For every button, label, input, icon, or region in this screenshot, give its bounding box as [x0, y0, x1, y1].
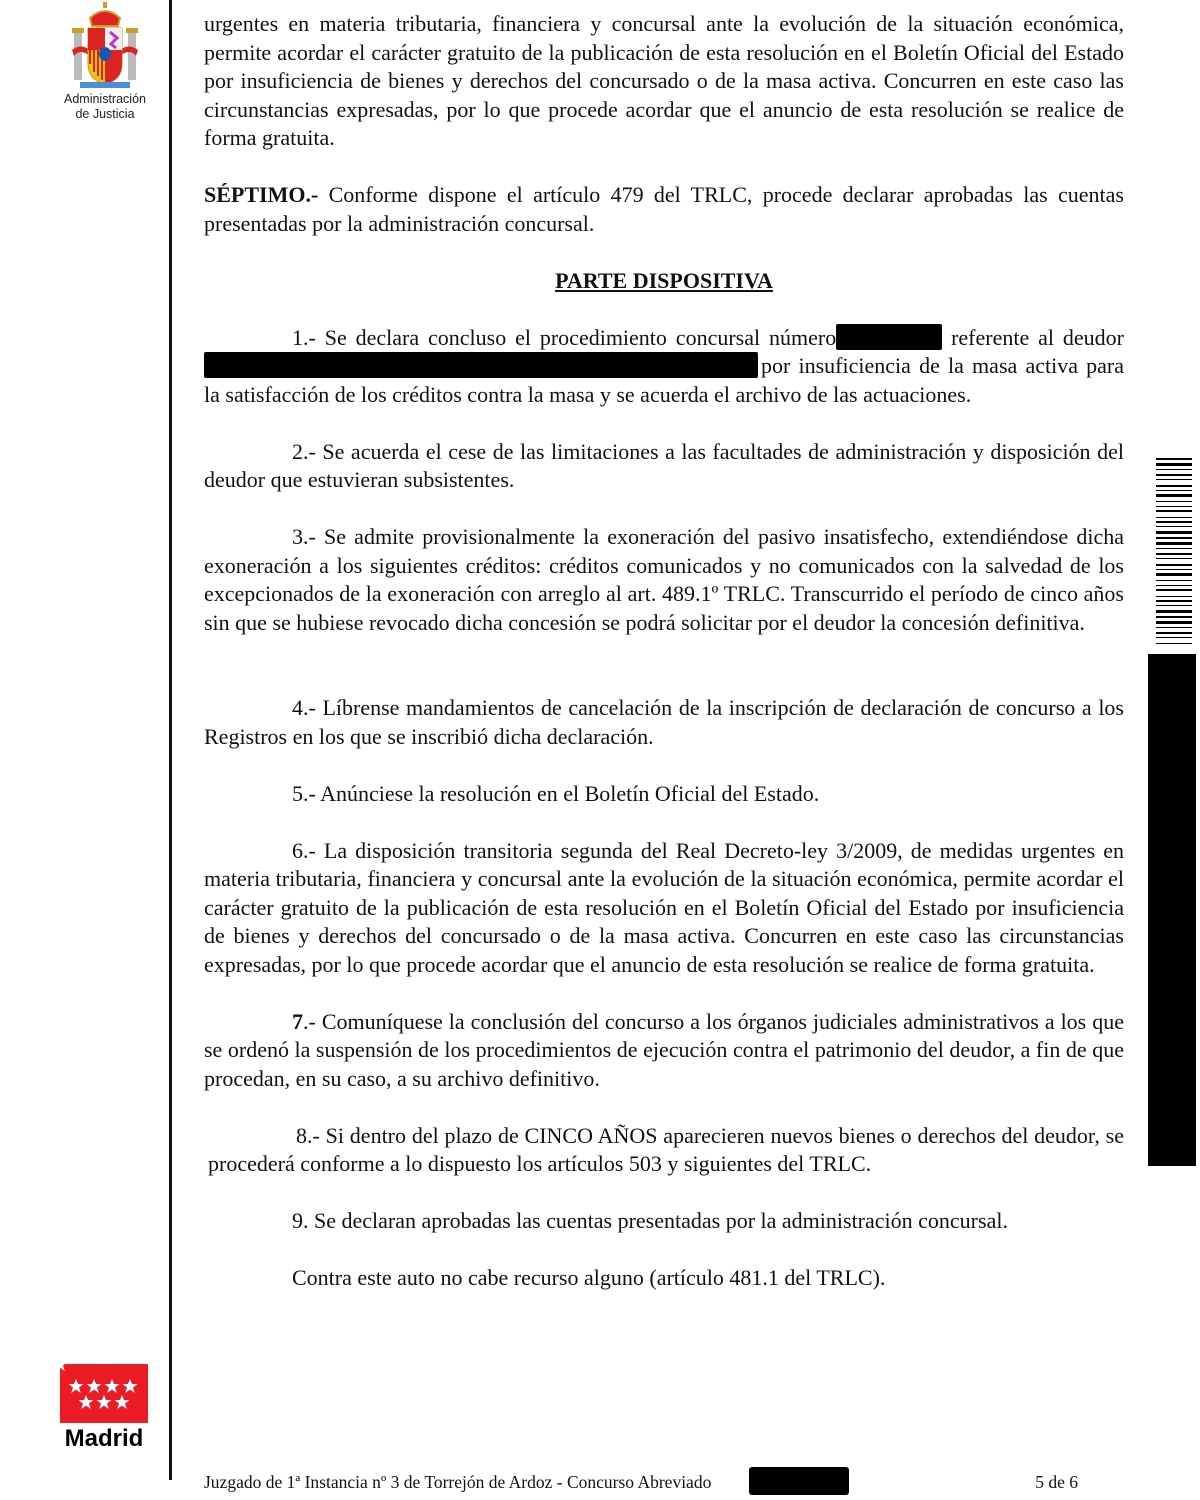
- margin-divider-line: [169, 0, 172, 1480]
- page-number: 5 de 6: [1035, 1472, 1078, 1493]
- logo-line-2: de Justicia: [55, 107, 155, 122]
- item7-number: 7: [292, 1009, 303, 1034]
- dispositive-item-7: 7.- Comuníquese la conclusión del concur…: [204, 1008, 1124, 1094]
- administracion-justicia-logo: Administración de Justicia: [55, 2, 155, 122]
- spanish-coat-of-arms-icon: [70, 2, 140, 92]
- redacted-footer-case-number: [749, 1467, 849, 1495]
- barcode-icon: [1156, 458, 1192, 644]
- dispositive-item-3: 3.- Se admite provisionalmente la exoner…: [204, 523, 1124, 637]
- dispositive-item-4: 4.- Líbrense mandamientos de cancelación…: [204, 694, 1124, 751]
- redacted-case-number: [836, 324, 942, 350]
- madrid-flag-icon: [60, 1364, 148, 1423]
- item1-text-a: 1.- Se declara concluso el procedimiento…: [292, 325, 836, 350]
- dispositive-item-6: 6.- La disposición transitoria segunda d…: [204, 837, 1124, 980]
- comunidad-madrid-logo: Madrid: [56, 1364, 152, 1453]
- septimo-label: SÉPTIMO.-: [204, 182, 318, 207]
- item7-text: .- Comuníquese la conclusión del concurs…: [204, 1009, 1124, 1091]
- septimo-paragraph: SÉPTIMO.- Conforme dispone el artículo 4…: [204, 181, 1124, 238]
- logo-line-1: Administración: [55, 92, 155, 107]
- redacted-debtor-name: [204, 352, 758, 378]
- dispositive-item-1: 1.- Se declara concluso el procedimiento…: [204, 324, 1124, 410]
- dispositive-item-8: 8.- Si dentro del plazo de CINCO AÑOS ap…: [204, 1122, 1124, 1179]
- document-body: urgentes en materia tributaria, financie…: [204, 10, 1124, 1293]
- footer-court-label: Juzgado de 1ª Instancia nº 3 de Torrejón…: [204, 1472, 711, 1493]
- closing-statement: Contra este auto no cabe recurso alguno …: [204, 1264, 1124, 1293]
- dispositive-item-9: 9. Se declaran aprobadas las cuentas pre…: [204, 1207, 1124, 1236]
- intro-paragraph: urgentes en materia tributaria, financie…: [204, 10, 1124, 153]
- redacted-side-block: [1148, 654, 1196, 1166]
- stars-icon: [60, 1364, 148, 1423]
- madrid-label: Madrid: [56, 1425, 152, 1453]
- dispositive-item-2: 2.- Se acuerda el cese de las limitacion…: [204, 438, 1124, 495]
- section-heading: PARTE DISPOSITIVA: [204, 267, 1124, 296]
- item1-text-b: referente al deudor: [951, 325, 1124, 350]
- septimo-text: Conforme dispone el artículo 479 del TRL…: [204, 182, 1124, 236]
- dispositive-item-5: 5.- Anúnciese la resolución en el Boletí…: [204, 780, 1124, 809]
